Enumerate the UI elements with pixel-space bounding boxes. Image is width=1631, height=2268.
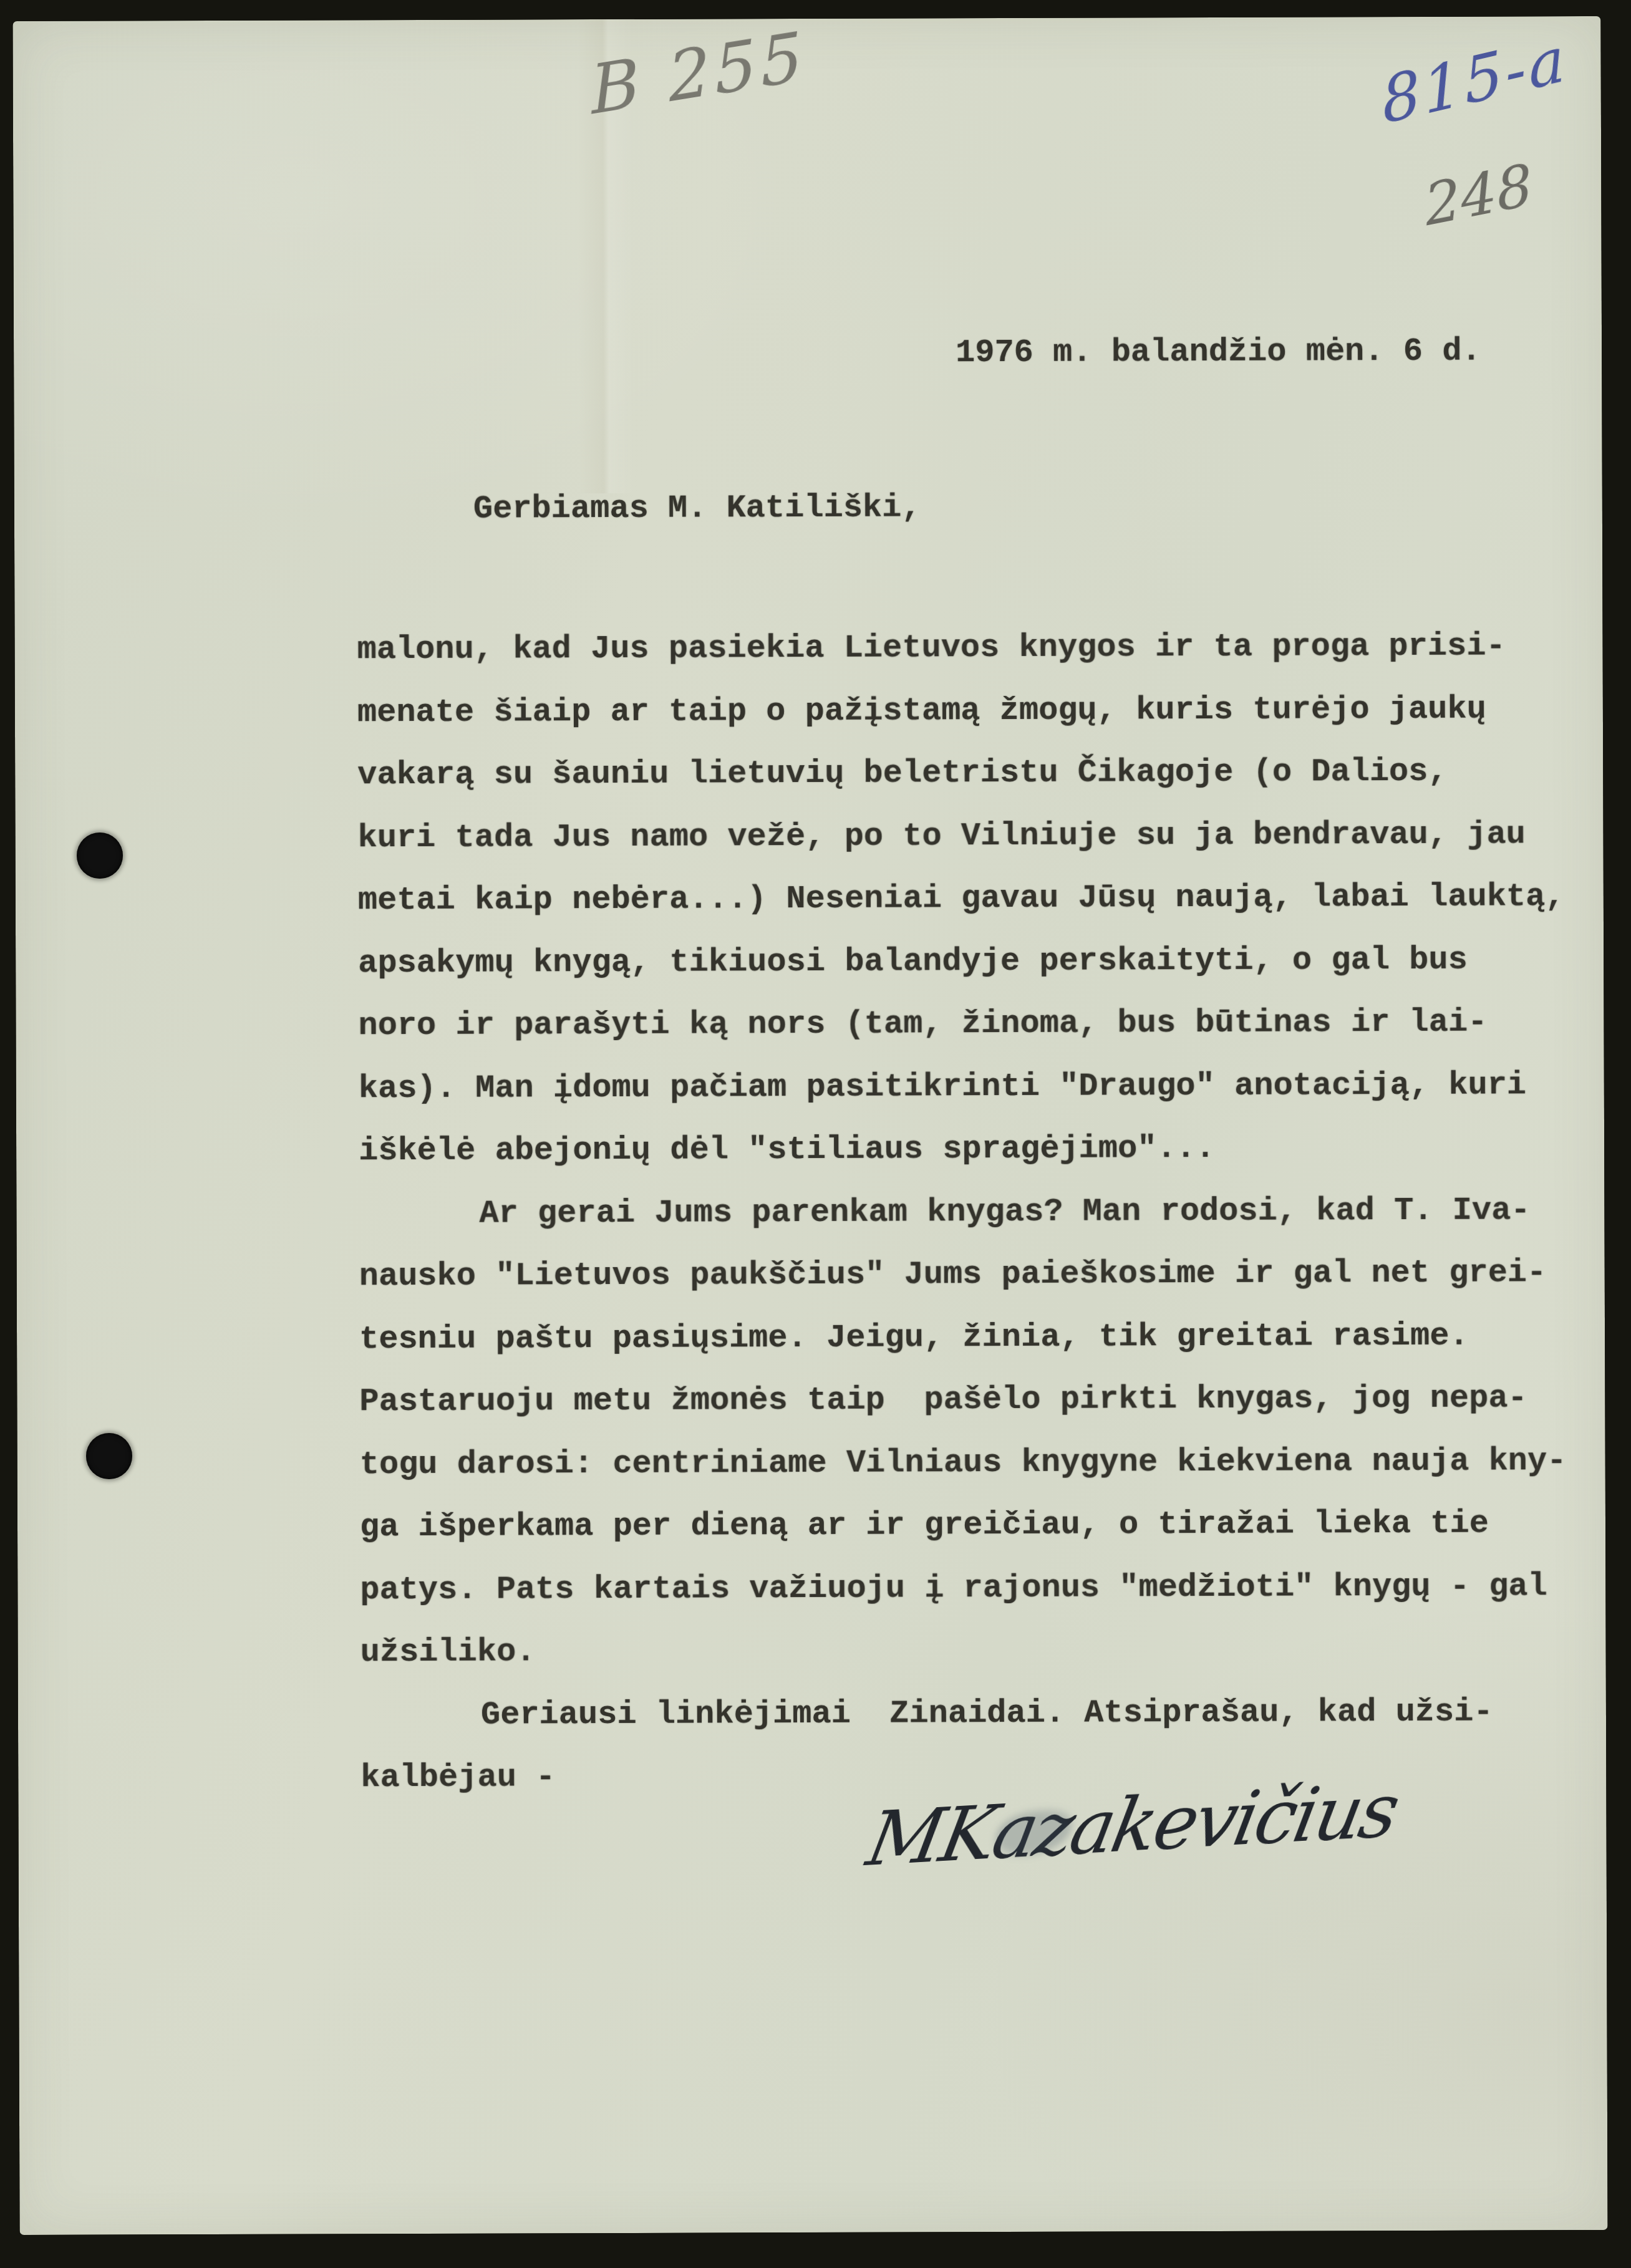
letter-date: 1976 m. balandžio mėn. 6 d. <box>956 321 1481 385</box>
letter-line: užsiliko. <box>360 1618 1567 1684</box>
letter-line: tesniu paštu pasiųsime. Jeigu, žinia, ti… <box>359 1305 1566 1371</box>
archive-ink-number: 815-a <box>1378 22 1570 138</box>
letter-line: Pastaruoju metu žmonės taip pašėlo pirkt… <box>359 1367 1566 1434</box>
scan-backdrop: B 255 815-a 248 1976 m. balandžio mėn. 6… <box>0 0 1631 2268</box>
letter-line: apsakymų knygą, tikiuosi balandyje persk… <box>358 929 1565 995</box>
punch-hole-bottom <box>86 1433 132 1479</box>
letter-line: togu darosi: centriniame Vilniaus knygyn… <box>360 1430 1567 1497</box>
punch-hole-top <box>77 832 123 879</box>
letter-line: metai kaip nebėra...) Neseniai gavau Jūs… <box>358 866 1565 932</box>
letter-salutation: Gerbiamas M. Katiliški, <box>473 476 921 540</box>
letter-line: ga išperkama per dieną ar ir greičiau, o… <box>360 1492 1567 1559</box>
letter-line: Ar gerai Jums parenkam knygas? Man rodos… <box>359 1179 1566 1246</box>
letter-line: vakarą su šauniu lietuvių beletristu Čik… <box>357 740 1564 807</box>
letter-line: kuri tada Jus namo vežė, po to Vilniuje … <box>357 803 1564 870</box>
letter-line: Geriausi linkėjimai Zinaidai. Atsiprašau… <box>361 1681 1567 1747</box>
letter-page: B 255 815-a 248 1976 m. balandžio mėn. 6… <box>12 16 1607 2235</box>
letter-line: menate šiaip ar taip o pažįstamą žmogų, … <box>357 678 1564 745</box>
letter-line: nausko "Lietuvos paukščius" Jums paieško… <box>359 1242 1566 1308</box>
letter-line: iškėlė abejonių dėl "stiliaus spragėjimo… <box>359 1116 1566 1183</box>
archive-pencil-code: B 255 <box>589 17 808 130</box>
letter-line: patys. Pats kartais važiuoju į rajonus "… <box>360 1555 1567 1622</box>
letter-line: kas). Man įdomu pačiam pasitikrinti "Dra… <box>359 1054 1566 1121</box>
letter-line: noro ir parašyti ką nors (tam, žinoma, b… <box>358 991 1565 1058</box>
letter-line: malonu, kad Jus pasiekia Lietuvos knygos… <box>357 615 1564 682</box>
archive-pencil-number: 248 <box>1422 152 1536 239</box>
letter-body: malonu, kad Jus pasiekia Lietuvos knygos… <box>357 615 1567 1810</box>
